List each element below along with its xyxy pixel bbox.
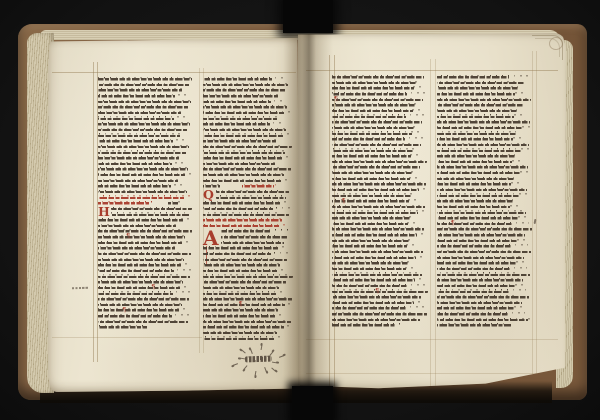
text-line — [437, 227, 532, 231]
text-line — [98, 111, 194, 115]
text-line — [332, 103, 425, 107]
ruling-line — [199, 68, 200, 353]
text-line — [332, 160, 427, 164]
ruling-line — [306, 373, 558, 374]
text-line — [203, 133, 294, 137]
text-line — [98, 218, 195, 222]
text-line — [437, 278, 531, 282]
text-line — [203, 207, 293, 211]
text-line — [332, 306, 425, 310]
left-page: H¶¶¶ QA¶ — [48, 38, 300, 392]
paraph-mark: ¶ — [451, 220, 455, 226]
text-line — [332, 244, 428, 248]
text-line — [437, 103, 530, 107]
text-line — [98, 184, 193, 188]
text-line — [332, 205, 427, 209]
text-line — [437, 86, 529, 90]
text-line — [98, 224, 194, 228]
text-line — [203, 116, 293, 120]
text-line — [98, 116, 193, 120]
text-line — [203, 280, 292, 284]
text-line — [98, 190, 192, 194]
text-line — [437, 81, 530, 85]
text-line — [98, 162, 193, 166]
text-line — [98, 105, 195, 109]
text-line — [98, 179, 194, 183]
text-line: ¶ — [332, 199, 428, 203]
text-line — [332, 216, 425, 220]
text-line — [203, 145, 292, 149]
text-line — [437, 261, 530, 265]
text-line — [98, 83, 195, 87]
text-line — [332, 210, 426, 214]
ruling-line — [329, 55, 330, 403]
flourish-sprig — [240, 358, 245, 360]
text-line — [332, 92, 427, 96]
margin-annotation — [72, 287, 89, 290]
text-line — [203, 325, 292, 329]
text-line — [332, 227, 427, 231]
ruling-line — [52, 337, 202, 338]
ruling-line — [435, 59, 436, 399]
text-line — [98, 291, 194, 295]
text-line — [332, 272, 427, 276]
text-line — [437, 171, 530, 175]
text-line — [98, 128, 195, 132]
text-line — [437, 120, 531, 124]
text-line — [203, 167, 292, 171]
text-line — [332, 261, 425, 265]
text-line: ¶ — [98, 286, 195, 290]
ruling-line — [430, 59, 431, 399]
text-line — [332, 256, 426, 260]
text-line — [437, 295, 532, 299]
text-line — [98, 246, 194, 250]
text-line: ¶ — [98, 308, 195, 312]
paraph-mark: ¶ — [334, 96, 338, 102]
text-line — [203, 77, 292, 81]
text-line — [332, 250, 427, 254]
text-line — [98, 77, 192, 81]
text-line — [437, 148, 530, 152]
flourish-sprig — [261, 345, 263, 350]
text-line — [332, 86, 428, 90]
paraph-mark: ¶ — [122, 307, 126, 313]
illuminated-initial: H — [98, 206, 110, 219]
text-line — [332, 177, 428, 181]
spine-shadow-bottom — [292, 386, 333, 420]
text-line — [332, 154, 428, 158]
initial-block: H — [98, 207, 195, 216]
flourish-center-motif — [245, 356, 272, 362]
text-line — [437, 193, 530, 197]
text-line — [437, 267, 529, 271]
text-line — [332, 188, 426, 192]
manuscript-photo: H¶¶¶ QA¶ ¶¶¶ ¶ — [0, 0, 600, 420]
flourish-sprig — [265, 367, 268, 372]
text-line — [221, 235, 291, 239]
text-line — [203, 314, 294, 318]
text-line — [98, 94, 193, 98]
text-line — [437, 244, 529, 248]
spine-shadow-top — [283, 0, 333, 33]
text-line — [216, 190, 291, 194]
text-line — [203, 320, 293, 324]
text-line — [203, 88, 294, 92]
text-line — [98, 122, 192, 126]
text-line: ¶ — [332, 289, 428, 293]
rubric-line — [98, 195, 195, 199]
text-line — [203, 269, 294, 273]
text-line — [203, 162, 293, 166]
text-line — [437, 256, 531, 260]
text-line — [203, 258, 292, 262]
text-line — [437, 289, 529, 293]
text-line — [437, 205, 532, 209]
text-line — [332, 143, 426, 147]
text-line — [437, 272, 532, 276]
text-line — [98, 274, 193, 278]
text-line — [98, 297, 193, 301]
paraph-mark: ¶ — [151, 284, 155, 290]
text-line — [332, 295, 427, 299]
text-line — [98, 150, 195, 154]
text-line — [203, 286, 291, 290]
text-line — [203, 246, 294, 250]
text-column: ¶ — [437, 75, 532, 329]
text-line — [203, 111, 294, 115]
text-line — [437, 306, 530, 310]
text-line — [98, 269, 194, 273]
text-line — [203, 156, 294, 160]
text-line — [203, 291, 294, 295]
text-line — [221, 241, 294, 245]
text-line — [437, 154, 529, 158]
text-line — [437, 250, 532, 254]
illuminated-initial: Q — [203, 189, 214, 202]
text-line — [203, 173, 291, 177]
flourish-sprig — [233, 363, 238, 366]
text-line: ¶ — [203, 303, 292, 307]
text-line — [203, 139, 293, 143]
text-line — [221, 229, 292, 233]
text-line — [437, 143, 531, 147]
text-line — [437, 188, 531, 192]
text-line — [332, 182, 427, 186]
flourish-sprig — [270, 352, 274, 356]
ruling-line — [52, 72, 296, 73]
text-line: ¶ — [98, 235, 192, 239]
text-line — [203, 94, 293, 98]
text-line — [98, 280, 192, 284]
text-column: H¶¶¶ — [98, 77, 195, 331]
text-line — [332, 120, 426, 124]
text-line — [203, 100, 292, 104]
text-line — [111, 207, 192, 211]
text-line — [332, 165, 426, 169]
text-line — [98, 325, 158, 329]
mixed-rubric-line — [98, 201, 195, 205]
text-line — [98, 241, 195, 245]
text-line — [332, 171, 425, 175]
text-line — [203, 83, 291, 87]
text-line — [98, 314, 194, 318]
text-line — [332, 312, 428, 316]
text-line — [98, 145, 192, 149]
right-page: ¶¶¶ ¶ — [298, 33, 566, 389]
text-line — [437, 109, 529, 113]
ruling-line — [306, 70, 558, 71]
text-line — [437, 92, 532, 96]
text-line — [98, 173, 195, 177]
text-line — [216, 195, 294, 199]
text-line — [332, 114, 427, 118]
text-line — [203, 331, 291, 335]
text-line — [437, 131, 529, 135]
text-line — [98, 139, 193, 143]
text-line — [98, 88, 194, 92]
initial-block: A — [203, 229, 294, 244]
text-line — [203, 252, 293, 256]
text-line — [437, 239, 530, 243]
text-line — [437, 323, 521, 327]
text-line — [332, 75, 426, 79]
ruling-line — [93, 62, 94, 362]
text-line — [437, 210, 531, 214]
text-line — [332, 131, 428, 135]
ruling-line — [306, 339, 558, 340]
text-line — [437, 233, 531, 237]
text-line — [437, 75, 531, 79]
line-segment — [168, 201, 194, 205]
text-line — [203, 150, 291, 154]
text-line — [332, 278, 426, 282]
text-line — [332, 222, 428, 226]
text-line — [437, 160, 532, 164]
text-line — [437, 165, 531, 169]
text-line — [203, 201, 294, 205]
text-line — [203, 297, 293, 301]
text-line — [437, 114, 532, 118]
text-line — [332, 323, 409, 327]
paraph-mark: ¶ — [126, 233, 130, 239]
text-line — [437, 182, 532, 186]
text-line — [437, 126, 530, 130]
text-line — [111, 212, 195, 216]
text-line — [203, 212, 292, 216]
paraph-mark: ¶ — [239, 301, 243, 307]
text-line — [437, 318, 532, 322]
initial-block: Q — [203, 190, 294, 199]
ruling-line — [536, 51, 537, 401]
text-line — [98, 167, 192, 171]
text-line — [332, 109, 428, 113]
flourish-sprig — [250, 349, 253, 354]
text-line — [332, 239, 425, 243]
text-line — [437, 98, 531, 102]
text-line — [332, 301, 426, 305]
text-line: ¶ — [437, 222, 529, 226]
text-line — [98, 258, 192, 262]
text-line — [98, 303, 192, 307]
text-line — [203, 274, 293, 278]
flourish-sprig — [243, 365, 247, 369]
text-line — [332, 126, 425, 130]
text-line — [437, 284, 530, 288]
text-line — [98, 263, 195, 267]
text-line — [332, 318, 427, 322]
text-line — [437, 137, 532, 141]
text-line — [437, 199, 529, 203]
text-line — [203, 122, 292, 126]
flourish-sprig — [279, 355, 284, 358]
text-line — [203, 105, 291, 109]
text-column: ¶¶¶ — [332, 75, 428, 329]
text-line — [437, 312, 529, 316]
text-line: ¶ — [332, 98, 426, 102]
text-line — [98, 156, 194, 160]
text-line — [437, 301, 531, 305]
line-segment — [242, 184, 293, 188]
text-line — [332, 137, 427, 141]
text-line — [332, 193, 425, 197]
text-line — [98, 252, 193, 256]
text-line — [203, 179, 294, 183]
text-line — [203, 263, 291, 267]
text-line — [98, 229, 193, 233]
text-line — [332, 148, 425, 152]
paraph-mark: ¶ — [375, 288, 379, 294]
text-line — [332, 233, 426, 237]
text-line — [98, 133, 194, 137]
text-line — [203, 336, 294, 340]
paraph-mark: ¶ — [342, 198, 346, 204]
flourish-sprig — [271, 367, 275, 371]
text-line — [437, 177, 529, 181]
text-line — [98, 100, 192, 104]
text-line — [203, 128, 291, 132]
flourish-sprig — [241, 350, 245, 354]
mixed-rubric-line — [203, 184, 294, 188]
penwork-flourish — [228, 345, 292, 377]
text-line — [203, 308, 291, 312]
text-column: QA¶ — [203, 77, 294, 342]
text-line — [332, 267, 428, 271]
text-line — [98, 320, 193, 324]
flourish-sprig — [254, 371, 256, 376]
rubric-line — [203, 218, 291, 222]
text-line — [332, 81, 425, 85]
flourish-sprig — [272, 361, 277, 363]
